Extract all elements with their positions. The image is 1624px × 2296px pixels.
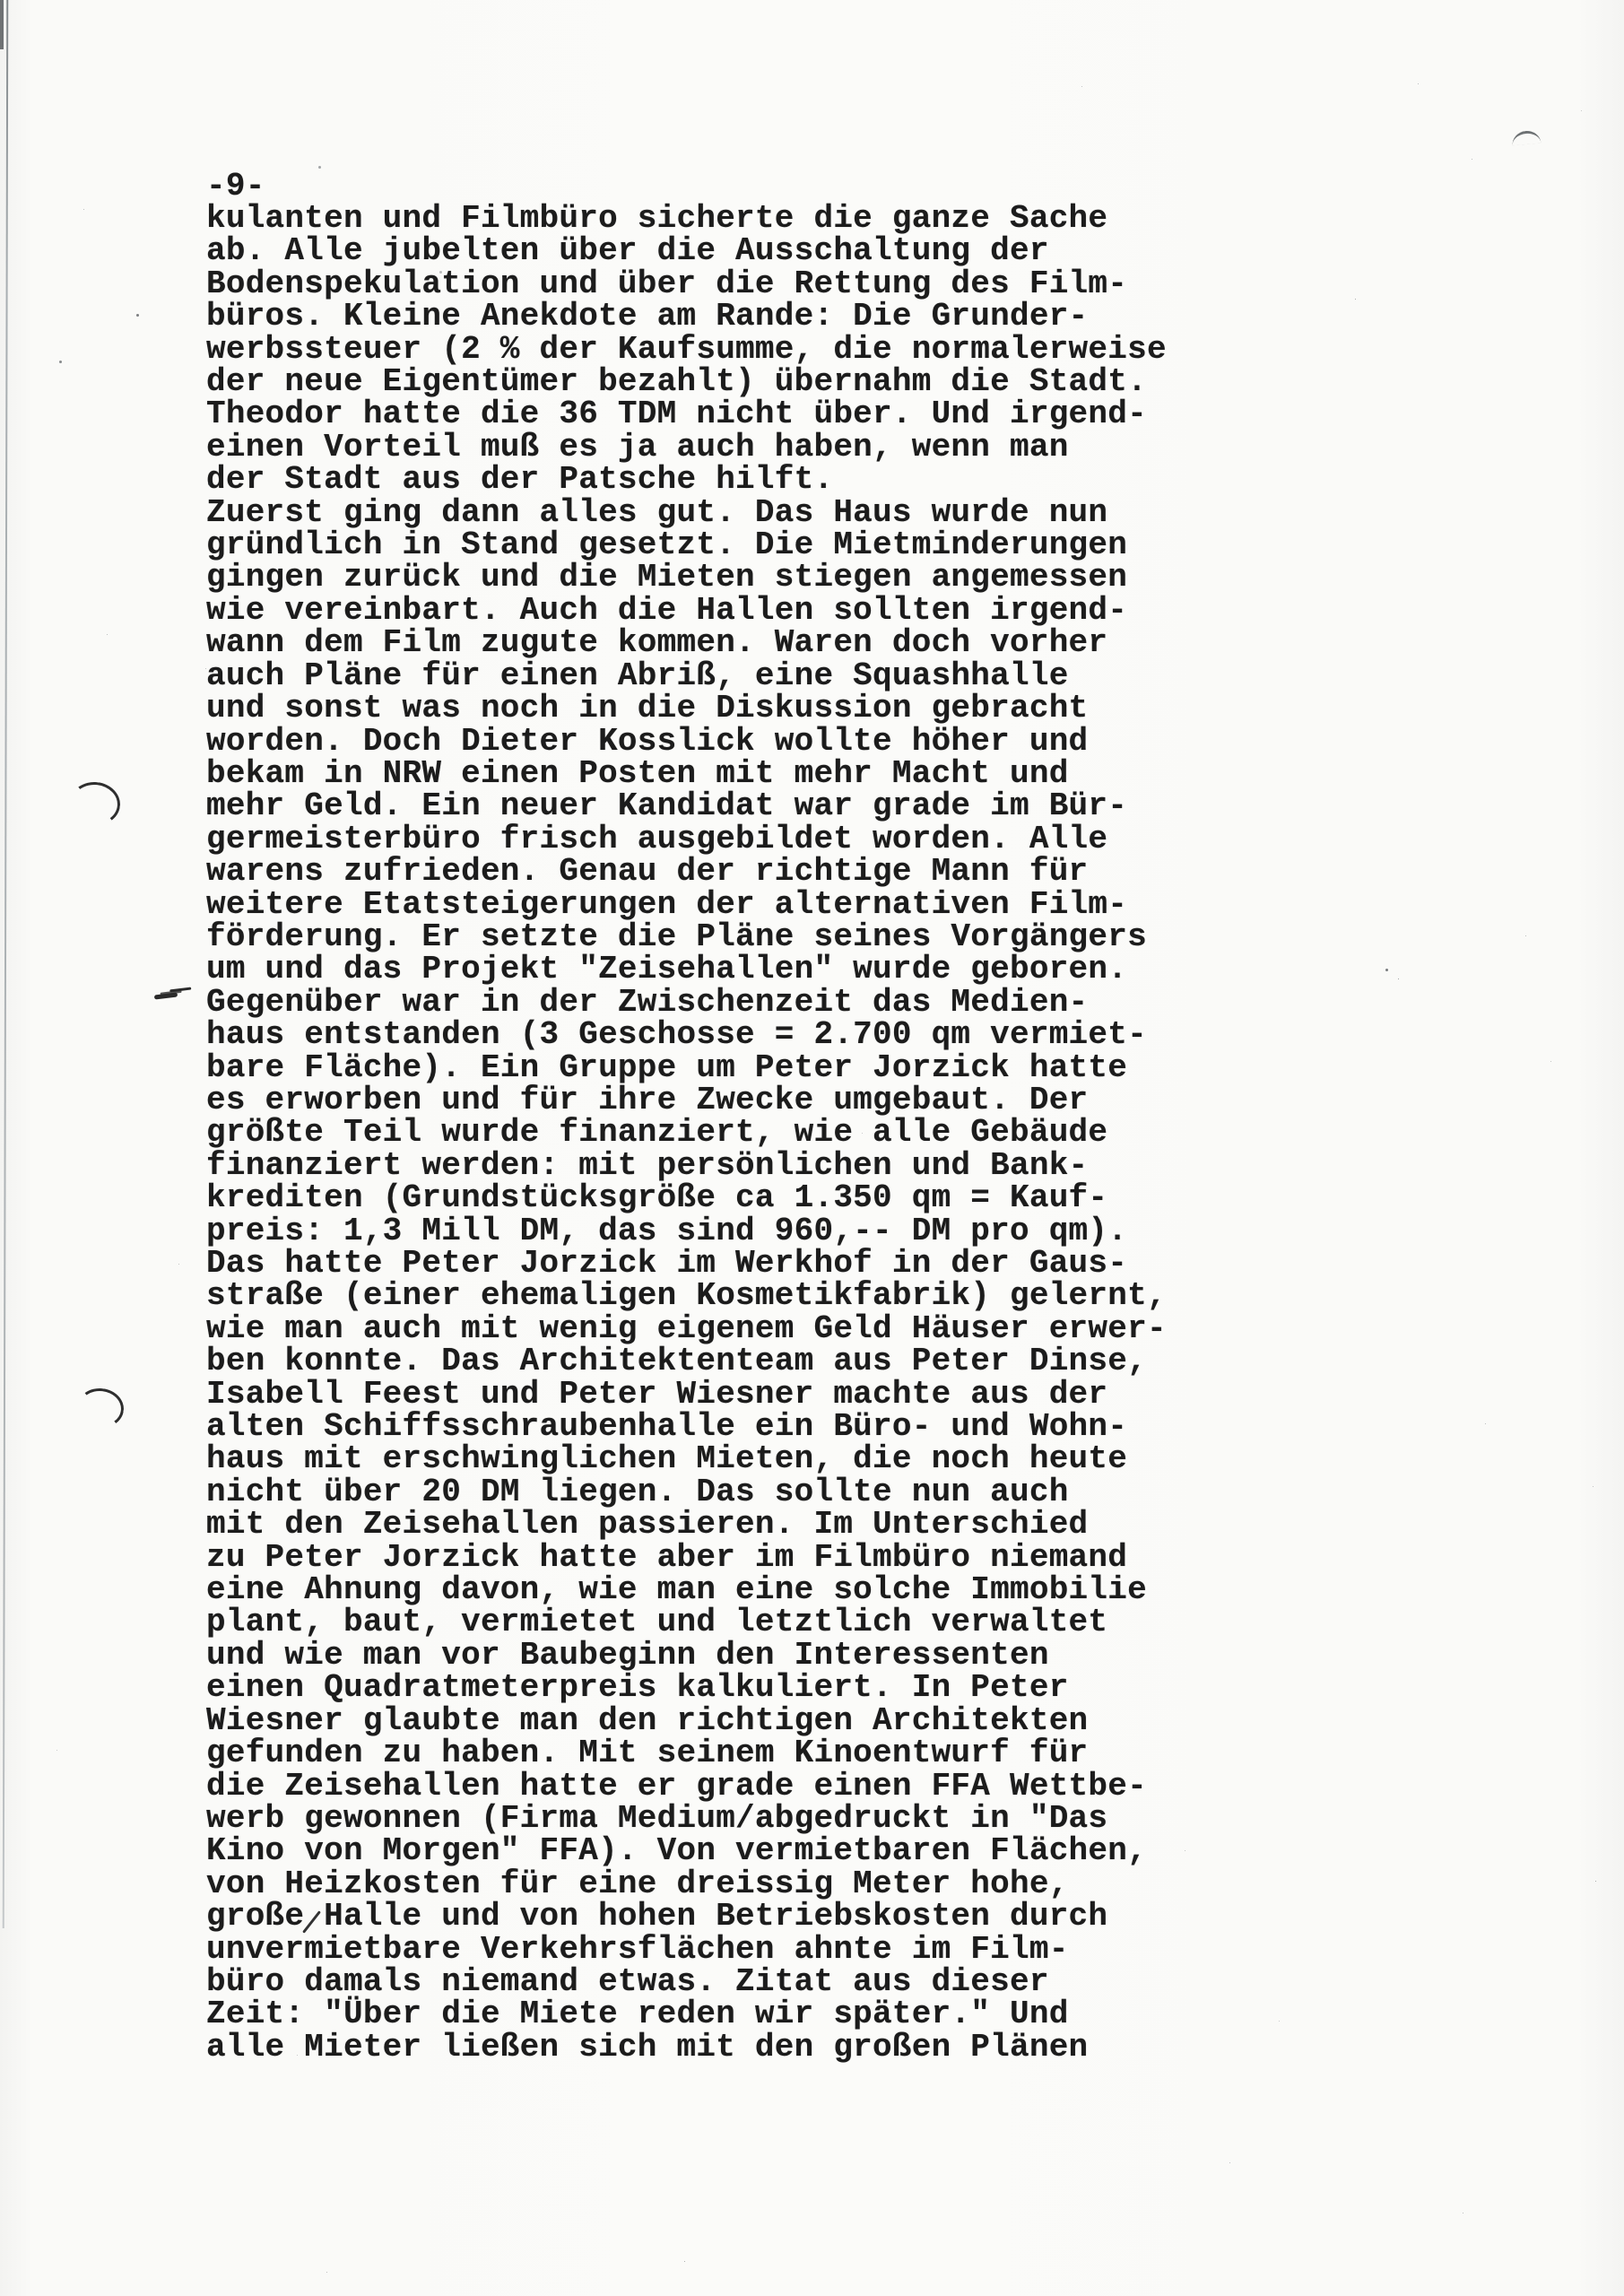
ink-smudge-mark <box>154 992 178 999</box>
scan-speckles <box>0 0 3 3</box>
scan-edge-line <box>3 0 9 1928</box>
pen-stroke-mark <box>1511 130 1541 146</box>
page-number: -9- <box>206 170 265 203</box>
scan-corner-mark <box>0 0 4 49</box>
pen-arc-mark <box>68 779 123 828</box>
pen-arc-mark <box>75 1386 126 1430</box>
scanned-page: -9- kulanten und Filmbüro sicherte die g… <box>0 0 1624 2296</box>
typewritten-text: kulanten und Filmbüro sicherte die ganze… <box>206 203 1167 2064</box>
